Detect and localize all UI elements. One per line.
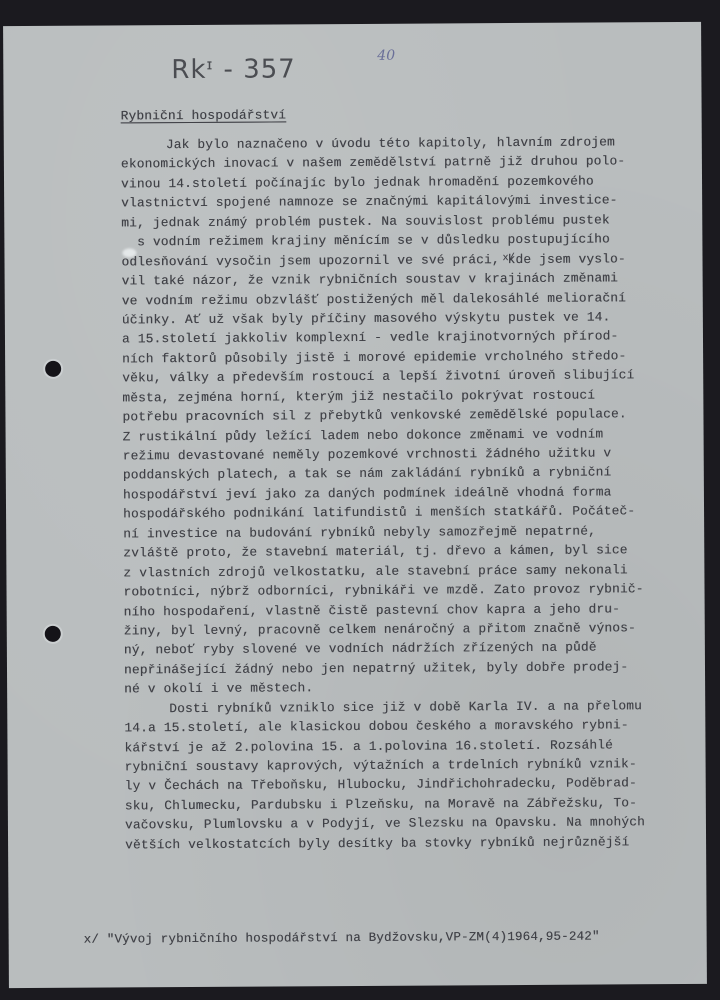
archive-stamp: Rkᶦ - 357: [171, 54, 296, 85]
handwritten-page-number: 40: [377, 48, 395, 64]
punch-hole-icon: [45, 361, 61, 377]
scanned-page: Rkᶦ - 357 40 Rybniční hospodářství x/ Ja…: [0, 0, 720, 1000]
section-heading: Rybniční hospodářství: [121, 107, 287, 123]
text-line: 14.a 15.století, ale klasickou dobou čes…: [124, 715, 714, 738]
text-line: věku, války a především rostoucí a lepší…: [122, 365, 712, 388]
text-line: robotníci, nýbrž odborníci, rybnikáři ve…: [123, 579, 713, 602]
footnote: x/ "Vývoj rybničního hospodářství na Byd…: [84, 930, 600, 947]
text-line: hospodářského podnikání latifundistů i m…: [123, 501, 713, 524]
text-line: ekonomických inovací v našem zemědělství…: [121, 151, 711, 174]
paper-sheet: Rkᶦ - 357 40 Rybniční hospodářství x/ Ja…: [3, 22, 707, 988]
text-line: nepřinášející žádný nebo jen nepatrný už…: [124, 657, 714, 680]
text-line: větších velkostatcích byly desítky ba st…: [125, 832, 715, 855]
text-line: odlesňování vysočin jsem upozornil ve sv…: [121, 248, 711, 271]
text-line: potřebu pracovních sil z přebytků venkov…: [122, 404, 712, 427]
text-line: ve vodním režimu obzvlášť postižených mě…: [122, 287, 712, 310]
punch-hole-icon: [45, 626, 61, 642]
text-line: žiny, byl levný, pracovně celkem nenároč…: [124, 618, 714, 641]
body-text: Jak bylo naznačeno v úvodu této kapitoly…: [121, 132, 715, 855]
